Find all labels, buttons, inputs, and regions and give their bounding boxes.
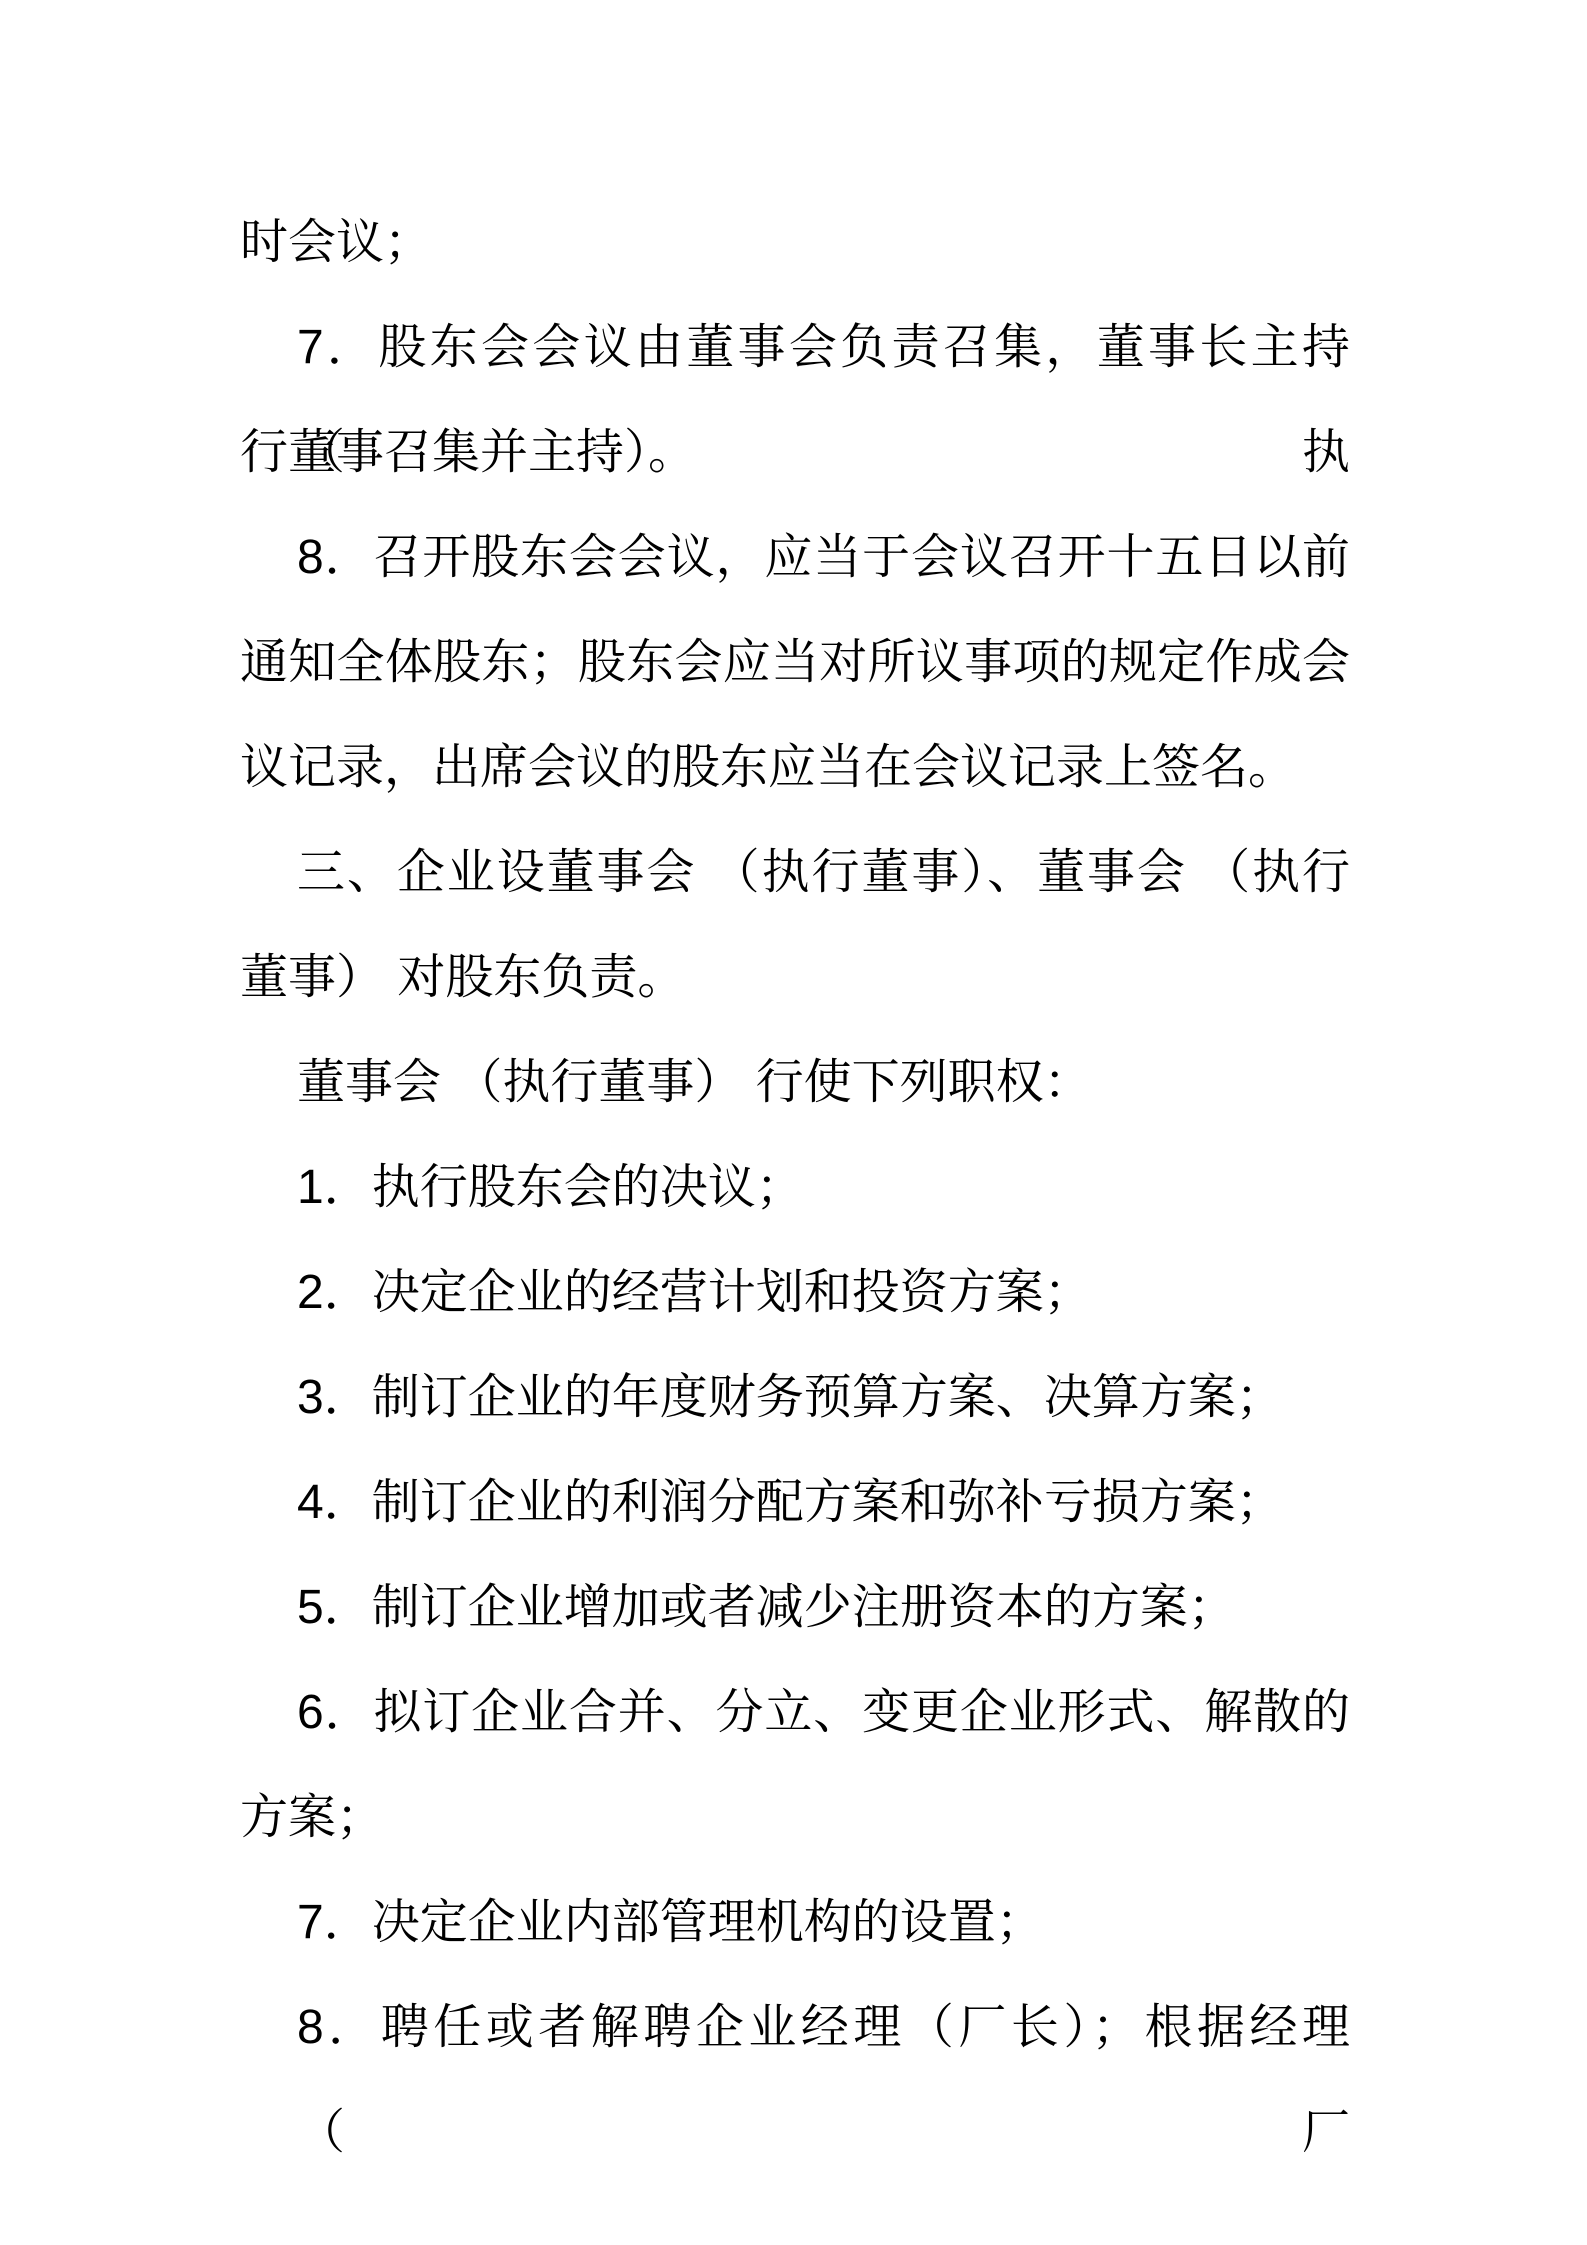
text-line: 8．聘任或者解聘企业经理（厂长）；根据经理（厂	[240, 1975, 1350, 2080]
text-line: 方案；	[240, 1765, 1350, 1870]
text-line: 董事） 对股东负责。	[240, 925, 1350, 1030]
text-line: 1．执行股东会的决议；	[240, 1135, 1350, 1240]
text-line: 8．召开股东会会议，应当于会议召开十五日以前	[240, 505, 1350, 610]
text-line: 7．股东会会议由董事会负责召集，董事长主持（执	[240, 295, 1350, 400]
text-line: 5．制订企业增加或者减少注册资本的方案；	[240, 1555, 1350, 1660]
text-line: 3．制订企业的年度财务预算方案、决算方案；	[240, 1345, 1350, 1450]
text-line: 2．决定企业的经营计划和投资方案；	[240, 1240, 1350, 1345]
document-page: 时会议；7．股东会会议由董事会负责召集，董事长主持（执行董事召集并主持）。8．召…	[0, 0, 1587, 2245]
document-background: { "page": { "background_color": "#ffffff…	[0, 0, 1587, 2245]
text-line: 通知全体股东；股东会应当对所议事项的规定作成会	[240, 610, 1350, 715]
text-line: 6．拟订企业合并、分立、变更企业形式、解散的	[240, 1660, 1350, 1765]
text-line: 三、企业设董事会 （执行董事）、董事会 （执行	[240, 820, 1350, 925]
document-text-block: 时会议；7．股东会会议由董事会负责召集，董事长主持（执行董事召集并主持）。8．召…	[240, 190, 1350, 2080]
text-line: 7．决定企业内部管理机构的设置；	[240, 1870, 1350, 1975]
text-line: 议记录，出席会议的股东应当在会议记录上签名。	[240, 715, 1350, 820]
text-line: 时会议；	[240, 190, 1350, 295]
text-line: 董事会 （执行董事） 行使下列职权：	[240, 1030, 1350, 1135]
text-line: 4．制订企业的利润分配方案和弥补亏损方案；	[240, 1450, 1350, 1555]
